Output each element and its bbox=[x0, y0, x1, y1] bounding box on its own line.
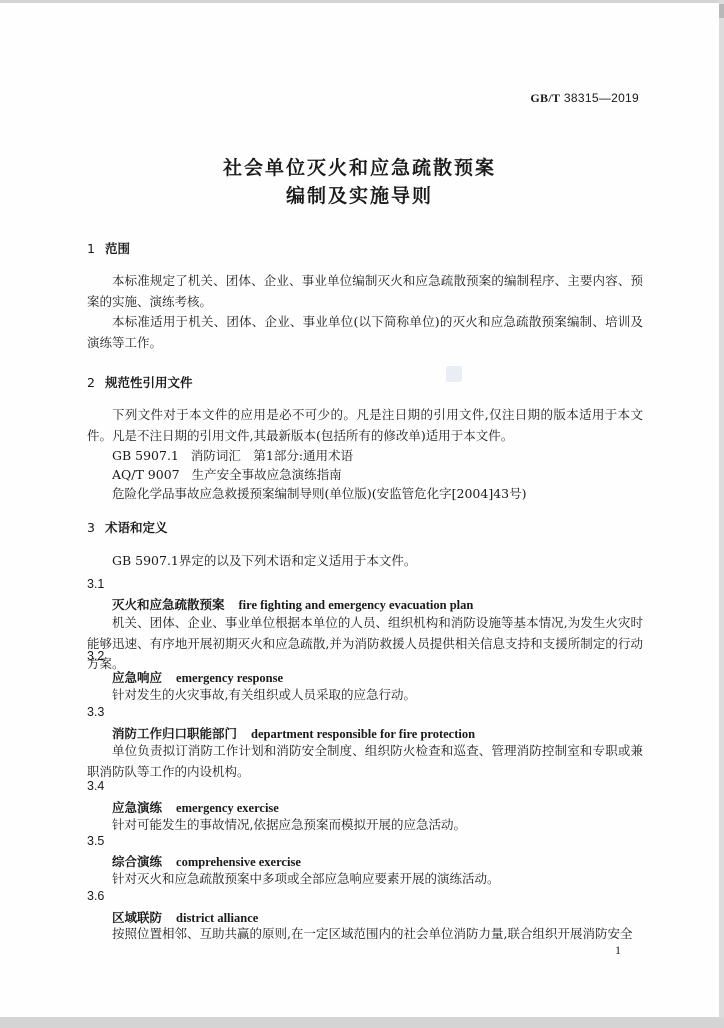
vertical-scrollbar[interactable] bbox=[719, 0, 724, 1018]
clause-number: 3.1 bbox=[87, 577, 104, 591]
term-heading: 消防工作归口职能部门department responsible for fir… bbox=[112, 724, 475, 742]
term-definition: 针对可能发生的事故情况,依据应急预案而模拟开展的应急活动。 bbox=[87, 815, 643, 836]
section-heading-terms-definitions: 3术语和定义 bbox=[87, 518, 168, 536]
standard-code: 38315—2019 bbox=[564, 91, 639, 105]
reference-item: GB 5907.1消防词汇 第1部分:通用术语 bbox=[112, 446, 353, 464]
document-title-line1: 社会单位灭火和应急疏散预案 bbox=[0, 153, 719, 180]
watermark-icon bbox=[446, 366, 462, 382]
section-1-paragraph-2: 本标准适用于机关、团体、企业、事业单位(以下简称单位)的灭火和应急疏散预案编制、… bbox=[87, 312, 643, 353]
reference-item: AQ/T 9007生产安全事故应急演练指南 bbox=[112, 465, 342, 483]
term-definition: 按照位置相邻、互助共赢的原则,在一定区域范围内的社会单位消防力量,联合组织开展消… bbox=[87, 924, 643, 945]
document-title-line2: 编制及实施导则 bbox=[0, 181, 719, 208]
scrollbar-thumb[interactable] bbox=[719, 4, 724, 18]
clause-number: 3.4 bbox=[87, 779, 104, 793]
section-3-intro: GB 5907.1界定的以及下列术语和定义适用于本文件。 bbox=[87, 551, 643, 572]
term-heading: 应急演练emergency exercise bbox=[112, 798, 279, 816]
section-heading-normative-references: 2规范性引用文件 bbox=[87, 373, 193, 391]
clause-number: 3.6 bbox=[87, 889, 104, 903]
page-number: 1 bbox=[615, 943, 621, 958]
term-definition: 单位负责拟订消防工作计划和消防安全制度、组织防火检查和巡查、管理消防控制室和专职… bbox=[87, 741, 643, 782]
standard-prefix: GB/T bbox=[530, 91, 560, 105]
clause-number: 3.2 bbox=[87, 649, 104, 663]
clause-number: 3.5 bbox=[87, 834, 104, 848]
term-heading: 应急响应emergency response bbox=[112, 668, 283, 686]
viewer-bottom-edge bbox=[0, 1018, 724, 1028]
section-1-paragraph-1: 本标准规定了机关、团体、企业、事业单位编制灭火和应急疏散预案的编制程序、主要内容… bbox=[87, 271, 643, 312]
term-heading: 综合演练comprehensive exercise bbox=[112, 852, 301, 870]
standard-number: GB/T 38315—2019 bbox=[530, 91, 639, 106]
term-heading: 灭火和应急疏散预案fire fighting and emergency eva… bbox=[112, 595, 473, 613]
term-definition: 针对灭火和应急疏散预案中多项或全部应急响应要素开展的演练活动。 bbox=[87, 869, 643, 890]
term-definition: 针对发生的火灾事故,有关组织或人员采取的应急行动。 bbox=[87, 685, 643, 706]
term-definition: 机关、团体、企业、事业单位根据本单位的人员、组织机构和消防设施等基本情况,为发生… bbox=[87, 613, 643, 675]
clause-number: 3.3 bbox=[87, 705, 104, 719]
reference-item: 危险化学品事故应急救援预案编制导则(单位版)(安监管危化字[2004]43号) bbox=[112, 484, 526, 502]
document-page: GB/T 38315—2019 社会单位灭火和应急疏散预案 编制及实施导则 1范… bbox=[0, 3, 719, 1017]
section-heading-scope: 1范围 bbox=[87, 239, 130, 257]
section-2-paragraph-1: 下列文件对于本文件的应用是必不可少的。凡是注日期的引用文件,仅注日期的版本适用于… bbox=[87, 405, 643, 446]
